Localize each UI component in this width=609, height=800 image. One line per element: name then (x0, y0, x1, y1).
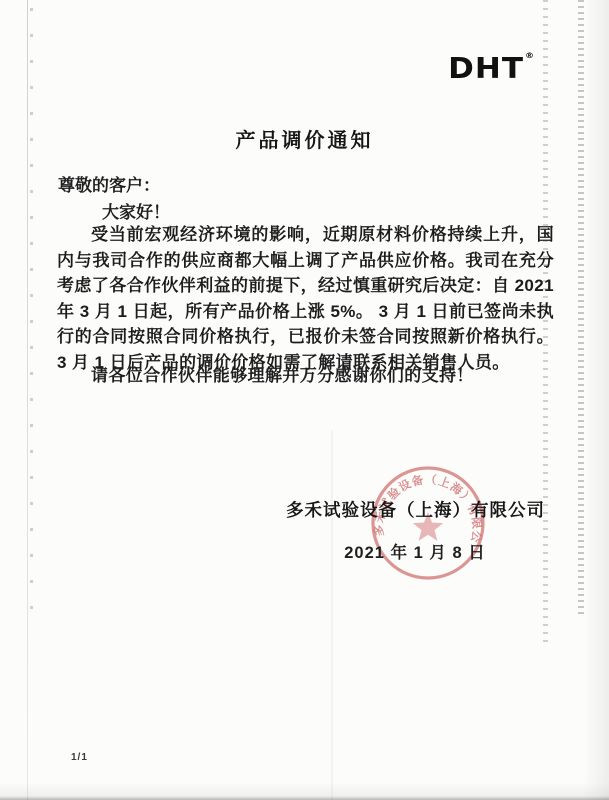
signature-date: 2021 年 1 月 8 日 (300, 539, 530, 563)
page-title: 产品调价通知 (0, 124, 609, 153)
signature-company-name: 多禾试验设备（上海）有限公司 (0, 497, 545, 522)
notice-body-paragraph: 受当前宏观经济环境的影响，近期原材料价格持续上升，国内与我司合作的供应商都大幅上… (57, 222, 554, 375)
company-seal-stamp: 多禾试验设备（上海）有限公司 (369, 464, 487, 582)
thanks-paragraph: 请各位合作伙伴能够理解并万分感谢你们的支持！ (57, 361, 554, 386)
scan-artifact-left-dashes (30, 8, 33, 628)
registered-trademark-icon: ® (525, 51, 535, 60)
scan-artifact-bottom-edge (0, 796, 609, 800)
scan-artifact-left-edge-line (27, 0, 28, 800)
salutation-line: 尊敬的客户： (58, 171, 160, 196)
scan-artifact-bottom-shade (0, 782, 609, 796)
page-number: 1/1 (71, 752, 88, 763)
scan-artifact-right-shade (583, 0, 609, 800)
company-logo-text: DHT (448, 52, 524, 85)
greeting-line: 大家好！ (102, 198, 170, 223)
scan-artifact-fold-line (331, 430, 333, 800)
scanned-notice-page: DHT® 产品调价通知 尊敬的客户： 大家好！ 受当前宏观经济环境的影响，近期原… (0, 0, 609, 800)
company-logo: DHT® (448, 51, 535, 85)
